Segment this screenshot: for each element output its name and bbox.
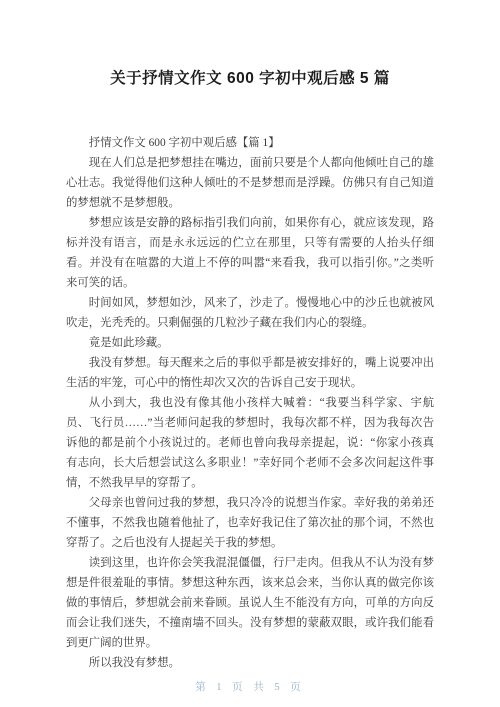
- paragraph: 现在人们总是把梦想挂在嘴边，面前只要是个人都向他倾吐自己的雄心壮志。我觉得他们这…: [66, 153, 434, 213]
- paragraph: 梦想应该是安静的路标指引我们向前，如果你有心，就应该发现，路标并没有语言，而是永…: [66, 213, 434, 293]
- paragraph: 时间如风，梦想如沙，风来了，沙走了。慢慢地心中的沙丘也就被风吹走，光秃秃的。只剩…: [66, 293, 434, 333]
- paragraph: 抒情文作文 600 字初中观后感【篇 1】: [66, 133, 434, 153]
- paragraph: 所以我没有梦想。: [66, 653, 434, 673]
- document-page: 关于抒情文作文 600 字初中观后感 5 篇 抒情文作文 600 字初中观后感【…: [0, 0, 500, 707]
- paragraph: 竟是如此珍藏。: [66, 333, 434, 353]
- page-footer: 第 1 页 共 5 页: [0, 679, 500, 694]
- page-title: 关于抒情文作文 600 字初中观后感 5 篇: [40, 68, 460, 90]
- paragraph: 父母亲也曾问过我的梦想，我只冷冷的说想当作家。幸好我的弟弟还 不懂事，不然我也随…: [66, 493, 434, 553]
- paragraph: 我没有梦想。每天醒来之后的事似乎都是被安排好的，嘴上说要冲出生活的牢笼，可心中的…: [66, 353, 434, 393]
- paragraph: 从小到大，我也没有像其他小孩样大喊着：“我要当科学家、宇航员、飞行员……”当老师…: [66, 393, 434, 493]
- paragraph: 读到这里，也许你会笑我混混僵僵，行尸走肉。但我从不认为没有梦想是件很羞耻的事情。…: [66, 553, 434, 653]
- document-body: 抒情文作文 600 字初中观后感【篇 1】现在人们总是把梦想挂在嘴边，面前只要是…: [66, 133, 434, 673]
- page-number-indicator: 第 1 页 共 5 页: [195, 682, 305, 693]
